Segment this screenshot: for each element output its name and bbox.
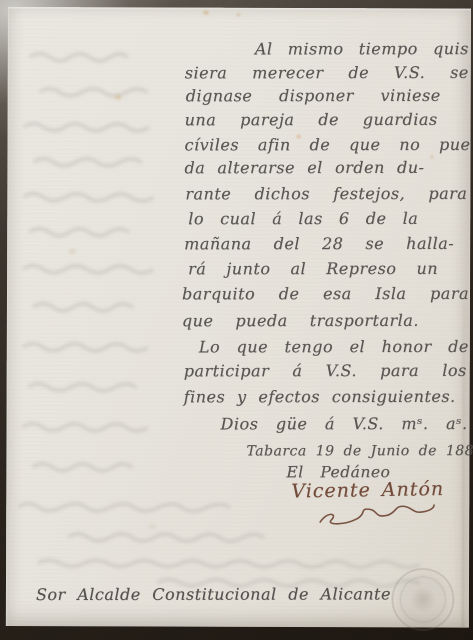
signature: Vicente Antón bbox=[291, 479, 441, 502]
letter-line: dignase disponer viniese bbox=[186, 86, 441, 106]
letter-line: siera merecer de V.S. se bbox=[185, 63, 469, 83]
letter-line: da alterarse el orden du- bbox=[184, 158, 424, 178]
letter-line: mañana del 28 se halla- bbox=[184, 234, 454, 254]
letter-line: participar á V.S. para los bbox=[184, 361, 467, 381]
foxing-spot bbox=[146, 522, 158, 530]
letter-line: fines y efectos consiguientes. bbox=[184, 387, 456, 407]
foxing-spot bbox=[236, 13, 241, 17]
signature-rubric-flourish bbox=[316, 504, 436, 530]
letter-line: rante dichos festejos, para bbox=[185, 184, 467, 204]
addressee-line: Sor Alcalde Constitucional de Alicante bbox=[36, 584, 391, 605]
letter-line: Al mismo tiempo quis bbox=[255, 39, 469, 59]
letter-line: que pueda trasportarla. bbox=[182, 311, 419, 331]
foxing-spot bbox=[114, 93, 123, 101]
letter-line: lo cual á las 6 de la bbox=[188, 209, 418, 229]
letter-line: rá junto al Represo un bbox=[188, 259, 438, 279]
foxing-spot bbox=[429, 154, 434, 159]
letter-page: Al mismo tiempo quis siera merecer de V.… bbox=[6, 7, 471, 628]
valediction-line: Dios güe á V.S. mˢ. aˢ. bbox=[221, 414, 468, 434]
foxing-spot bbox=[67, 247, 77, 255]
photograph-background: Al mismo tiempo quis siera merecer de V.… bbox=[0, 0, 473, 640]
letter-line: cíviles afin de que no pue bbox=[185, 135, 471, 155]
letter-line: Lo que tengo el honor de bbox=[199, 337, 469, 357]
ink-stamp bbox=[392, 568, 454, 630]
foxing-spot bbox=[202, 10, 210, 16]
letter-line: barquito de esa Isla para bbox=[182, 284, 469, 305]
letter-line: una pareja de guardias bbox=[185, 110, 438, 130]
dateline: Tabarca 19 de Junio de 1880 bbox=[246, 442, 470, 460]
